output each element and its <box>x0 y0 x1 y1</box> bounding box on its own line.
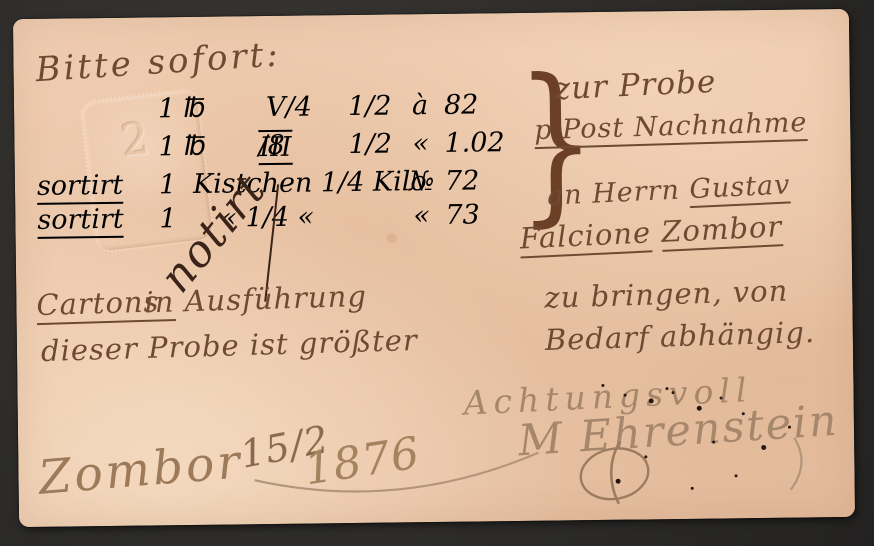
sortirt-label: sortirt <box>37 204 124 239</box>
body-line1-end: zu bringen, von <box>544 276 789 314</box>
order-qty: 1 <box>159 169 177 200</box>
addressee-first-name: Gustav <box>689 169 792 208</box>
dateline-place: Zombor <box>37 437 245 503</box>
body-line2-start: dieser Probe ist größter <box>41 325 419 367</box>
body-line2-end: Bedarf abhängig. <box>544 317 815 355</box>
postal-card: 2 Bitte sofort: 1 ℔ V/4 1/2 à 82 1 ℔ III… <box>13 9 855 527</box>
header-note: Bitte sofort: <box>35 37 282 88</box>
order-number-mark: № <box>409 166 435 197</box>
order-number: 72 <box>445 165 480 196</box>
order-price: 82 <box>444 89 479 120</box>
order-qty: 1 ℔ <box>158 131 206 163</box>
body-line1-mid: in Ausführung <box>144 281 367 318</box>
order-grade: V/4 <box>266 91 312 123</box>
consignment-line-1: zur Probe <box>553 66 717 106</box>
addressee-last-name: Falcione <box>519 215 652 258</box>
order-price-mark: à <box>412 90 428 121</box>
order-price: 1.02 <box>444 127 504 159</box>
sortirt-label: sortirt <box>37 170 124 205</box>
ink-spatter <box>601 384 604 387</box>
addressee-place: Zombor <box>661 209 784 252</box>
order-qty: 1 <box>159 203 177 234</box>
order-price-mark: « <box>412 128 429 159</box>
order-number: 73 <box>445 199 480 230</box>
addressee-prefix: an Herrn <box>546 175 680 212</box>
grade-rest: /8 <box>258 130 285 161</box>
order-fraction: 1/2 <box>348 129 392 161</box>
photo-background: 2 Bitte sofort: 1 ℔ V/4 1/2 à 82 1 ℔ III… <box>0 0 874 546</box>
order-fraction: 1/2 <box>348 91 392 123</box>
order-qty: 1 ℔ <box>158 93 206 125</box>
order-ditto-mark: « <box>413 200 430 231</box>
